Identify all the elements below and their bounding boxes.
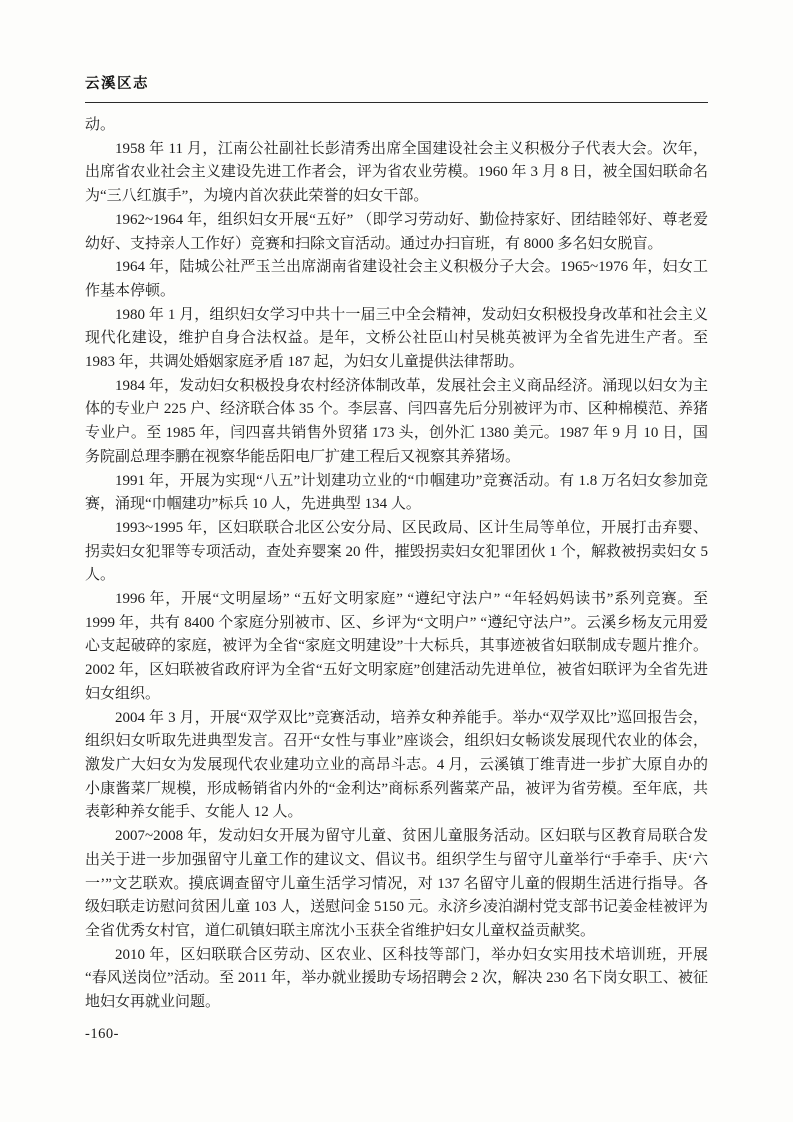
paragraph: 1993~1995 年，区妇联联合北区公安分局、区民政局、区计生局等单位，开展打… (85, 517, 708, 588)
page-header: 云溪区志 (85, 72, 708, 103)
body-text: 动。1958 年 11 月，江南公社副社长彭清秀出席全国建设社会主义积极分子代表… (85, 114, 708, 1015)
paragraph: 1991 年，开展为实现“八五”计划建功立业的“巾帼建功”竞赛活动。有 1.8 … (85, 470, 708, 517)
paragraph: 1996 年，开展“文明屋场” “五好文明家庭” “遵纪守法户” “年轻妈妈读书… (85, 588, 708, 707)
paragraph: 1958 年 11 月，江南公社副社长彭清秀出席全国建设社会主义积极分子代表大会… (85, 138, 708, 209)
book-title: 云溪区志 (85, 72, 708, 93)
header-rule (85, 102, 708, 103)
paragraph: 2010 年，区妇联联合区劳动、区农业、区科技等部门，举办妇女实用技术培训班，开… (85, 944, 708, 1015)
paragraph: 1962~1964 年，组织妇女开展“五好” （即学习劳动好、勤俭持家好、团结睦… (85, 209, 708, 256)
paragraph: 1984 年，发动妇女积极投身农村经济体制改革，发展社会主义商品经济。涌现以妇女… (85, 375, 708, 470)
paragraph: 2007~2008 年，发动妇女开展为留守儿童、贫困儿童服务活动。区妇联与区教育… (85, 825, 708, 944)
paragraph: 2004 年 3 月，开展“双学双比”竞赛活动，培养女种养能手。举办“双学双比”… (85, 707, 708, 826)
paragraph: 1980 年 1 月，组织妇女学习中共十一届三中全会精神，发动妇女积极投身改革和… (85, 304, 708, 375)
page-number: -160- (85, 1026, 119, 1043)
paragraph: 动。 (85, 114, 708, 138)
document-page: 云溪区志 动。1958 年 11 月，江南公社副社长彭清秀出席全国建设社会主义积… (0, 0, 793, 1122)
paragraph: 1964 年，陆城公社严玉兰出席湖南省建设社会主义积极分子大会。1965~197… (85, 256, 708, 303)
